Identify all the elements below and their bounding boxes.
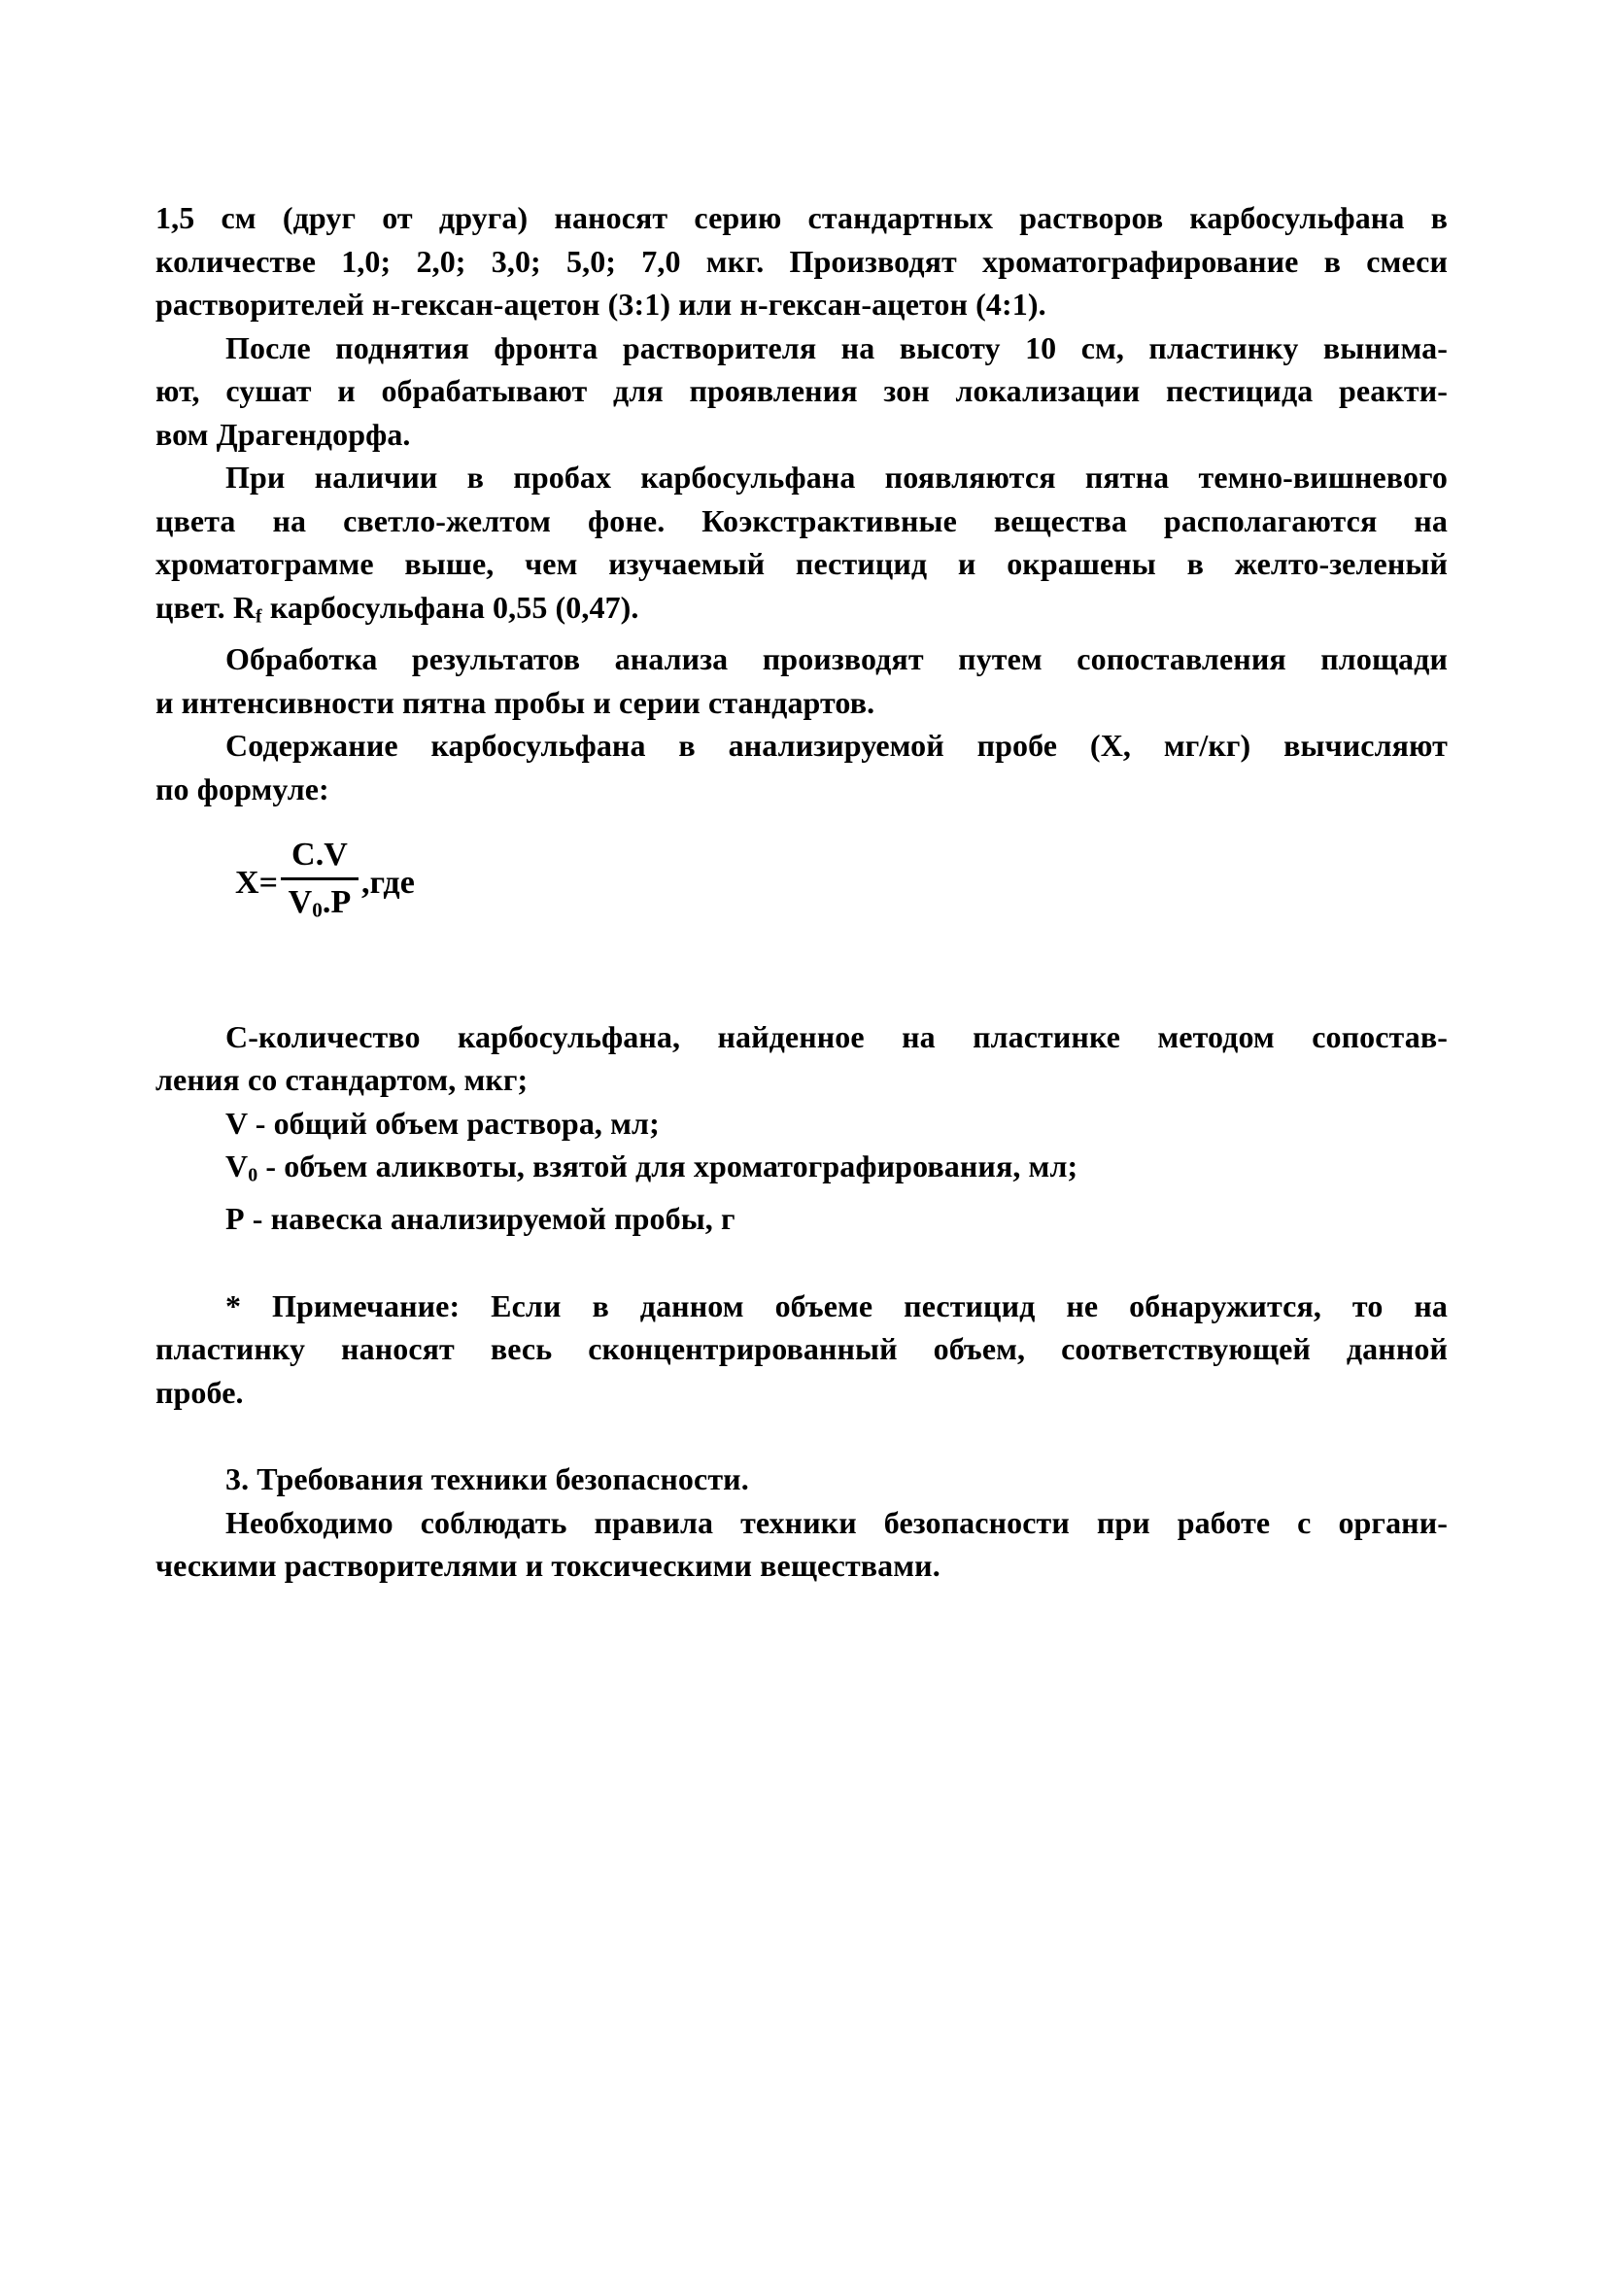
text-line: * Примечание: Если в данном объеме пести… bbox=[155, 1285, 1448, 1328]
paragraph: Содержание карбосульфана в анализируемой… bbox=[155, 724, 1448, 810]
formula-variable-x: X bbox=[235, 864, 259, 903]
subscript: f bbox=[256, 605, 262, 627]
formula-denominator-base: V bbox=[289, 884, 313, 920]
text-run: ют, сушат и обрабатывают для проявления … bbox=[155, 373, 1448, 408]
text-line: ческими растворителями и токсическими ве… bbox=[155, 1544, 1448, 1588]
text-line: пробе. bbox=[155, 1371, 1448, 1415]
text-line: вом Драгендорфа. bbox=[155, 413, 1448, 457]
formula-suffix: ,где bbox=[361, 864, 415, 903]
text-run: Содержание карбосульфана в анализируемой… bbox=[225, 728, 1448, 763]
text-run: Необходимо соблюдать правила техники без… bbox=[225, 1505, 1448, 1540]
paragraph: Необходимо соблюдать правила техники без… bbox=[155, 1501, 1448, 1588]
text-line: цвета на светло-желтом фоне. Коэкстракти… bbox=[155, 499, 1448, 543]
paragraph: * Примечание: Если в данном объеме пести… bbox=[155, 1285, 1448, 1415]
text-run: цвет. R bbox=[155, 590, 256, 625]
text-run: вом Драгендорфа. bbox=[155, 417, 411, 452]
text-run: 1,5 см (друг от друга) наносят серию ста… bbox=[155, 200, 1448, 235]
paragraph: С-количество карбосульфана, найденное на… bbox=[155, 1015, 1448, 1102]
text-run: V bbox=[225, 1148, 248, 1183]
text-line: После поднятия фронта растворителя на вы… bbox=[155, 326, 1448, 370]
formula-denominator-subscript: 0 bbox=[312, 899, 323, 922]
text-section-after-formula: С-количество карбосульфана, найденное на… bbox=[155, 1015, 1448, 1588]
text-line: При наличии в пробах карбосульфана появл… bbox=[155, 456, 1448, 499]
text-line: Необходимо соблюдать правила техники без… bbox=[155, 1501, 1448, 1545]
text-line: С-количество карбосульфана, найденное на… bbox=[155, 1015, 1448, 1059]
paragraph: 1,5 см (друг от друга) наносят серию ста… bbox=[155, 196, 1448, 326]
document-text: 1,5 см (друг от друга) наносят серию ста… bbox=[0, 0, 1607, 1588]
text-line: по формуле: bbox=[155, 768, 1448, 811]
text-run: пластинку наносят весь сконцентрированны… bbox=[155, 1331, 1448, 1366]
text-line: Обработка результатов анализа производят… bbox=[155, 637, 1448, 681]
formula-fraction: C.V V0.P bbox=[278, 836, 361, 930]
paragraph: Обработка результатов анализа производят… bbox=[155, 637, 1448, 724]
formula-denominator-rest: .P bbox=[323, 884, 351, 920]
text-line: 1,5 см (друг от друга) наносят серию ста… bbox=[155, 196, 1448, 240]
formula-numerator: C.V bbox=[278, 836, 361, 877]
text-line: V - общий объем раствора, мл; bbox=[155, 1102, 1448, 1146]
text-run: С-количество карбосульфана, найденное на… bbox=[225, 1019, 1448, 1054]
paragraph: V - общий объем раствора, мл;V0 - объем … bbox=[155, 1102, 1448, 1241]
text-line: и интенсивности пятна пробы и серии стан… bbox=[155, 681, 1448, 725]
paragraph: После поднятия фронта растворителя на вы… bbox=[155, 326, 1448, 457]
text-run: ческими растворителями и токсическими ве… bbox=[155, 1548, 940, 1583]
text-run: пробе. bbox=[155, 1375, 244, 1410]
text-run: карбосульфана 0,55 (0,47). bbox=[262, 590, 639, 625]
text-line: растворителей н-гексан-ацетон (3:1) или … bbox=[155, 283, 1448, 326]
text-run: 3. Требования техники безопасности. bbox=[225, 1461, 749, 1496]
text-run: цвета на светло-желтом фоне. Коэкстракти… bbox=[155, 503, 1448, 538]
text-run: - объем аликвоты, взятой для хроматограф… bbox=[257, 1148, 1077, 1183]
text-run: по формуле: bbox=[155, 771, 329, 806]
formula: X= C.V V0.P ,где bbox=[235, 836, 1448, 930]
text-line: хроматограмме выше, чем изучаемый пестиц… bbox=[155, 542, 1448, 586]
text-section-before-formula: 1,5 см (друг от друга) наносят серию ста… bbox=[155, 196, 1448, 810]
formula-equals-sign: = bbox=[259, 864, 278, 903]
text-run: Обработка результатов анализа производят… bbox=[225, 641, 1448, 676]
text-line: пластинку наносят весь сконцентрированны… bbox=[155, 1327, 1448, 1371]
document-page: 1,5 см (друг от друга) наносят серию ста… bbox=[0, 0, 1607, 2296]
text-run: растворителей н-гексан-ацетон (3:1) или … bbox=[155, 287, 1046, 322]
subscript: 0 bbox=[248, 1165, 257, 1186]
text-line: ления со стандартом, мкг; bbox=[155, 1058, 1448, 1102]
text-run: ления со стандартом, мкг; bbox=[155, 1062, 528, 1097]
text-run: Р - навеска анализируемой пробы, г bbox=[225, 1201, 735, 1236]
paragraph: При наличии в пробах карбосульфана появл… bbox=[155, 456, 1448, 637]
text-run: и интенсивности пятна пробы и серии стан… bbox=[155, 685, 874, 720]
formula-denominator: V0.P bbox=[281, 877, 359, 930]
text-line: 3. Требования техники безопасности. bbox=[155, 1457, 1448, 1501]
text-line: цвет. Rf карбосульфана 0,55 (0,47). bbox=[155, 586, 1448, 638]
text-line: Р - навеска анализируемой пробы, г bbox=[155, 1197, 1448, 1241]
text-run: При наличии в пробах карбосульфана появл… bbox=[225, 460, 1448, 495]
text-line: количестве 1,0; 2,0; 3,0; 5,0; 7,0 мкг. … bbox=[155, 240, 1448, 284]
text-run: После поднятия фронта растворителя на вы… bbox=[225, 330, 1448, 365]
paragraph: 3. Требования техники безопасности. bbox=[155, 1457, 1448, 1501]
text-line: Содержание карбосульфана в анализируемой… bbox=[155, 724, 1448, 768]
text-run: * Примечание: Если в данном объеме пести… bbox=[225, 1288, 1448, 1323]
text-run: количестве 1,0; 2,0; 3,0; 5,0; 7,0 мкг. … bbox=[155, 244, 1448, 279]
text-run: V - общий объем раствора, мл; bbox=[225, 1106, 660, 1141]
text-line: V0 - объем аликвоты, взятой для хроматог… bbox=[155, 1145, 1448, 1197]
text-run: хроматограмме выше, чем изучаемый пестиц… bbox=[155, 546, 1448, 581]
text-line: ют, сушат и обрабатывают для проявления … bbox=[155, 369, 1448, 413]
